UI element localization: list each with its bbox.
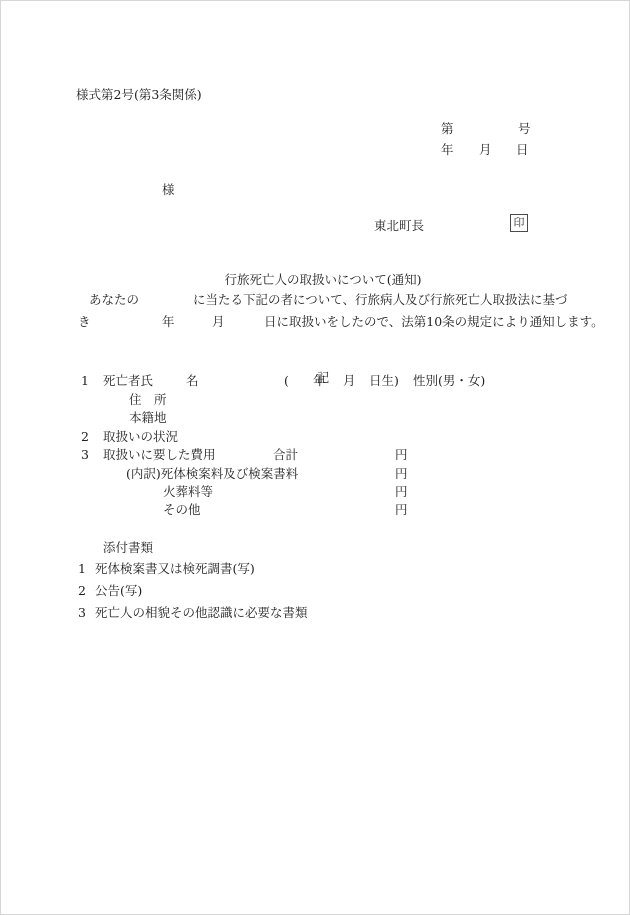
total-unit-yen: 円 <box>395 446 408 463</box>
deceased-name-label2: 名 <box>186 372 199 389</box>
breakdown-exam-unit-yen: 円 <box>395 465 408 482</box>
form-label-line: 様式第2号(第3条関係) <box>1 86 629 103</box>
attachment-1-label: 死体検案書又は検死調書(写) <box>95 560 255 577</box>
record-row4-number: 2 <box>81 428 89 445</box>
cremation-label: 火葬料等 <box>163 483 213 500</box>
other-label: その他 <box>163 501 201 518</box>
record-row5-number: 3 <box>81 446 89 463</box>
document-page: 様式第2号(第3条関係) 第 号 年 月 日 様 東北町長 印 行旅死亡人の取扱… <box>0 0 630 915</box>
attachment-2-label: 公告(写) <box>95 582 142 599</box>
sender-title: 東北町長 <box>374 217 424 234</box>
attachments-header: 添付書類 <box>103 539 153 556</box>
seal-stamp: 印 <box>510 214 528 232</box>
body-line2-lead: き <box>78 313 91 330</box>
situation-label: 取扱いの状況 <box>103 428 178 445</box>
date-day-label: 日 <box>516 141 529 158</box>
cremation-unit-yen: 円 <box>395 483 408 500</box>
subject-title: 行旅死亡人の取扱いについて(通知) <box>224 272 421 287</box>
expenses-label: 取扱いに要した費用 <box>103 446 216 463</box>
attachments-header-line: 添付書類 <box>1 539 629 556</box>
attachment-item: 3 死亡人の相貌その他認識に必要な書類 <box>1 604 629 621</box>
breakdown-exam-label: (内訳)死体検案料及び検案書料 <box>126 465 298 482</box>
body-line2-text: 日に取扱いをしたので、法第10条の規定により通知します。 <box>264 313 604 330</box>
attachment-3-label: 死亡人の相貌その他認識に必要な書類 <box>95 604 308 621</box>
body-line2-year: 年 <box>162 313 175 330</box>
record-row-breakdown-exam: (内訳)死体検案料及び検案書料 円 <box>1 465 629 482</box>
total-label: 合計 <box>273 446 298 463</box>
body-line-1: あなたの に当たる下記の者について、行旅病人及び行旅死亡人取扱法に基づ <box>1 291 629 308</box>
deceased-name-label: 死亡者氏 <box>103 372 153 389</box>
other-unit-yen: 円 <box>395 501 408 518</box>
record-row-domicile: 本籍地 <box>1 409 629 426</box>
attachment-3-number: 3 <box>78 604 86 621</box>
record-header-line: 記 <box>1 352 629 369</box>
form-label: 様式第2号(第3条関係) <box>76 86 202 103</box>
body-line1-text: に当たる下記の者について、行旅病人及び行旅死亡人取扱法に基づ <box>193 291 568 308</box>
record-row-situation: 2 取扱いの状況 <box>1 428 629 445</box>
domicile-label: 本籍地 <box>129 409 167 426</box>
record-row-address: 住 所 <box>1 391 629 408</box>
attachment-2-number: 2 <box>78 582 86 599</box>
doc-number-line: 第 号 <box>1 120 629 137</box>
birth-day-label: 日生) <box>369 372 399 389</box>
attachment-1-number: 1 <box>78 560 86 577</box>
addressee-line: 様 <box>1 181 629 198</box>
body-line2-month: 月 <box>212 313 225 330</box>
addressee-honorific: 様 <box>162 181 175 198</box>
subject-line: 行旅死亡人の取扱いについて(通知) <box>1 254 629 271</box>
record-row-deceased-name: 1 死亡者氏 名 ( 年 月 日生) 性別(男・女) <box>1 372 629 389</box>
attachment-item: 2 公告(写) <box>1 582 629 599</box>
doc-number-prefix: 第 <box>441 120 454 137</box>
birth-year-label: 年 <box>313 372 326 389</box>
record-row-other: その他 円 <box>1 501 629 518</box>
record-row-expenses: 3 取扱いに要した費用 合計 円 <box>1 446 629 463</box>
sex-label: 性別(男・女) <box>413 372 485 389</box>
record-row1-number: 1 <box>81 372 89 389</box>
date-line: 年 月 日 <box>1 141 629 158</box>
sender-line: 東北町長 <box>1 217 629 234</box>
address-label: 住 所 <box>129 391 167 408</box>
birth-paren-open: ( <box>284 372 289 389</box>
doc-number-suffix: 号 <box>518 120 531 137</box>
record-row-cremation: 火葬料等 円 <box>1 483 629 500</box>
date-month-label: 月 <box>479 141 492 158</box>
body-line1-lead: あなたの <box>89 291 139 308</box>
date-year-label: 年 <box>441 141 454 158</box>
body-line-2: き 年 月 日に取扱いをしたので、法第10条の規定により通知します。 <box>1 313 629 330</box>
birth-month-label: 月 <box>343 372 356 389</box>
attachment-item: 1 死体検案書又は検死調書(写) <box>1 560 629 577</box>
